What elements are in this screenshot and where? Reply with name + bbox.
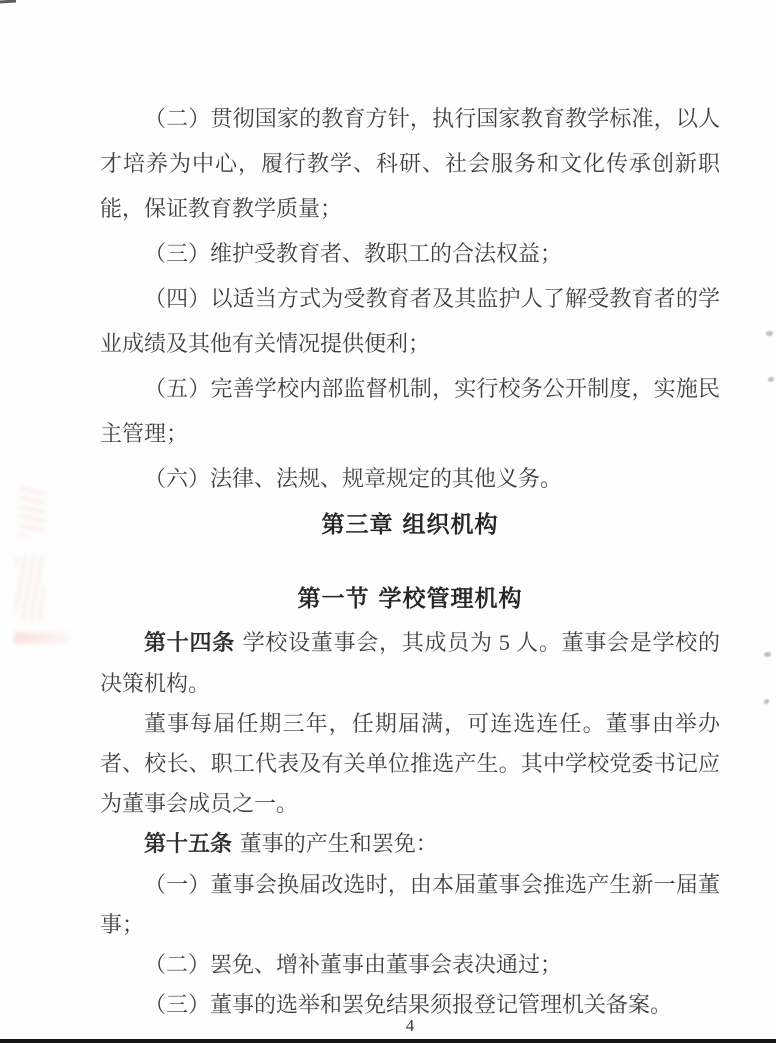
obligation-clause-list: （二）贯彻国家的教育方针，执行国家教育教学标准，以人才培养为中心，履行教学、科研… [100,96,720,501]
article-text: （二）罢免、增补董事由董事会表决通过； [144,952,562,977]
page-number: 4 [406,1016,415,1035]
article-paragraph: （一）董事会换届改选时，由本届董事会推选产生新一届董事； [100,865,720,945]
document-content: （二）贯彻国家的教育方针，执行国家教育教学标准，以人才培养为中心，履行教学、科研… [0,0,776,1025]
clause-paragraph: （四）以适当方式为受教育者及其监护人了解受教育者的学业成绩及其他有关情况提供便利… [100,276,720,366]
clause-paragraph: （二）贯彻国家的教育方针，执行国家教育教学标准，以人才培养为中心，履行教学、科研… [100,96,720,231]
section-heading: 第一节 学校管理机构 [100,583,720,615]
article-number-lead: 第十五条 [144,832,232,857]
article-text: 董事每届任期三年，任期届满，可连选连任。董事由举办者、校长、职工代表及有关单位推… [100,711,720,816]
article-paragraph: 第十四条学校设董事会，其成员为 5 人。董事会是学校的决策机构。 [100,623,720,704]
article-text: 董事的产生和罢免： [240,831,438,856]
article-text: （三）董事的选举和罢免结果须报登记管理机关备案。 [144,992,672,1017]
article-number-lead: 第十四条 [144,631,235,656]
clause-text: （五）完善学校内部监督机制，实行校务公开制度，实施民主管理； [100,376,720,446]
article-paragraph: 第十五条董事的产生和罢免： [100,824,720,865]
clause-paragraph: （六）法律、法规、规章规定的其他义务。 [100,456,720,501]
clause-text: （四）以适当方式为受教育者及其监护人了解受教育者的学业成绩及其他有关情况提供便利… [100,286,720,356]
clause-text: （三）维护受教育者、教职工的合法权益； [144,241,562,266]
article-text: （一）董事会换届改选时，由本届董事会推选产生新一届董事； [100,872,720,937]
chapter-heading: 第三章 组织机构 [100,509,720,541]
scanned-document-page: （二）贯彻国家的教育方针，执行国家教育教学标准，以人才培养为中心，履行教学、科研… [0,0,776,1043]
clause-text: （六）法律、法规、规章规定的其他义务。 [144,466,562,491]
article-paragraph: 董事每届任期三年，任期届满，可连选连任。董事由举办者、校长、职工代表及有关单位推… [100,704,720,824]
scan-bottom-edge-line [0,1039,776,1043]
page-footer: 4 [100,1016,720,1036]
clause-paragraph: （五）完善学校内部监督机制，实行校务公开制度，实施民主管理； [100,366,720,456]
clause-paragraph: （三）维护受教育者、教职工的合法权益； [100,231,720,276]
article-paragraph: （二）罢免、增补董事由董事会表决通过； [100,945,720,985]
clause-text: （二）贯彻国家的教育方针，执行国家教育教学标准，以人才培养为中心，履行教学、科研… [100,106,720,221]
article-clause-list: 第十四条学校设董事会，其成员为 5 人。董事会是学校的决策机构。 董事每届任期三… [100,623,720,1025]
